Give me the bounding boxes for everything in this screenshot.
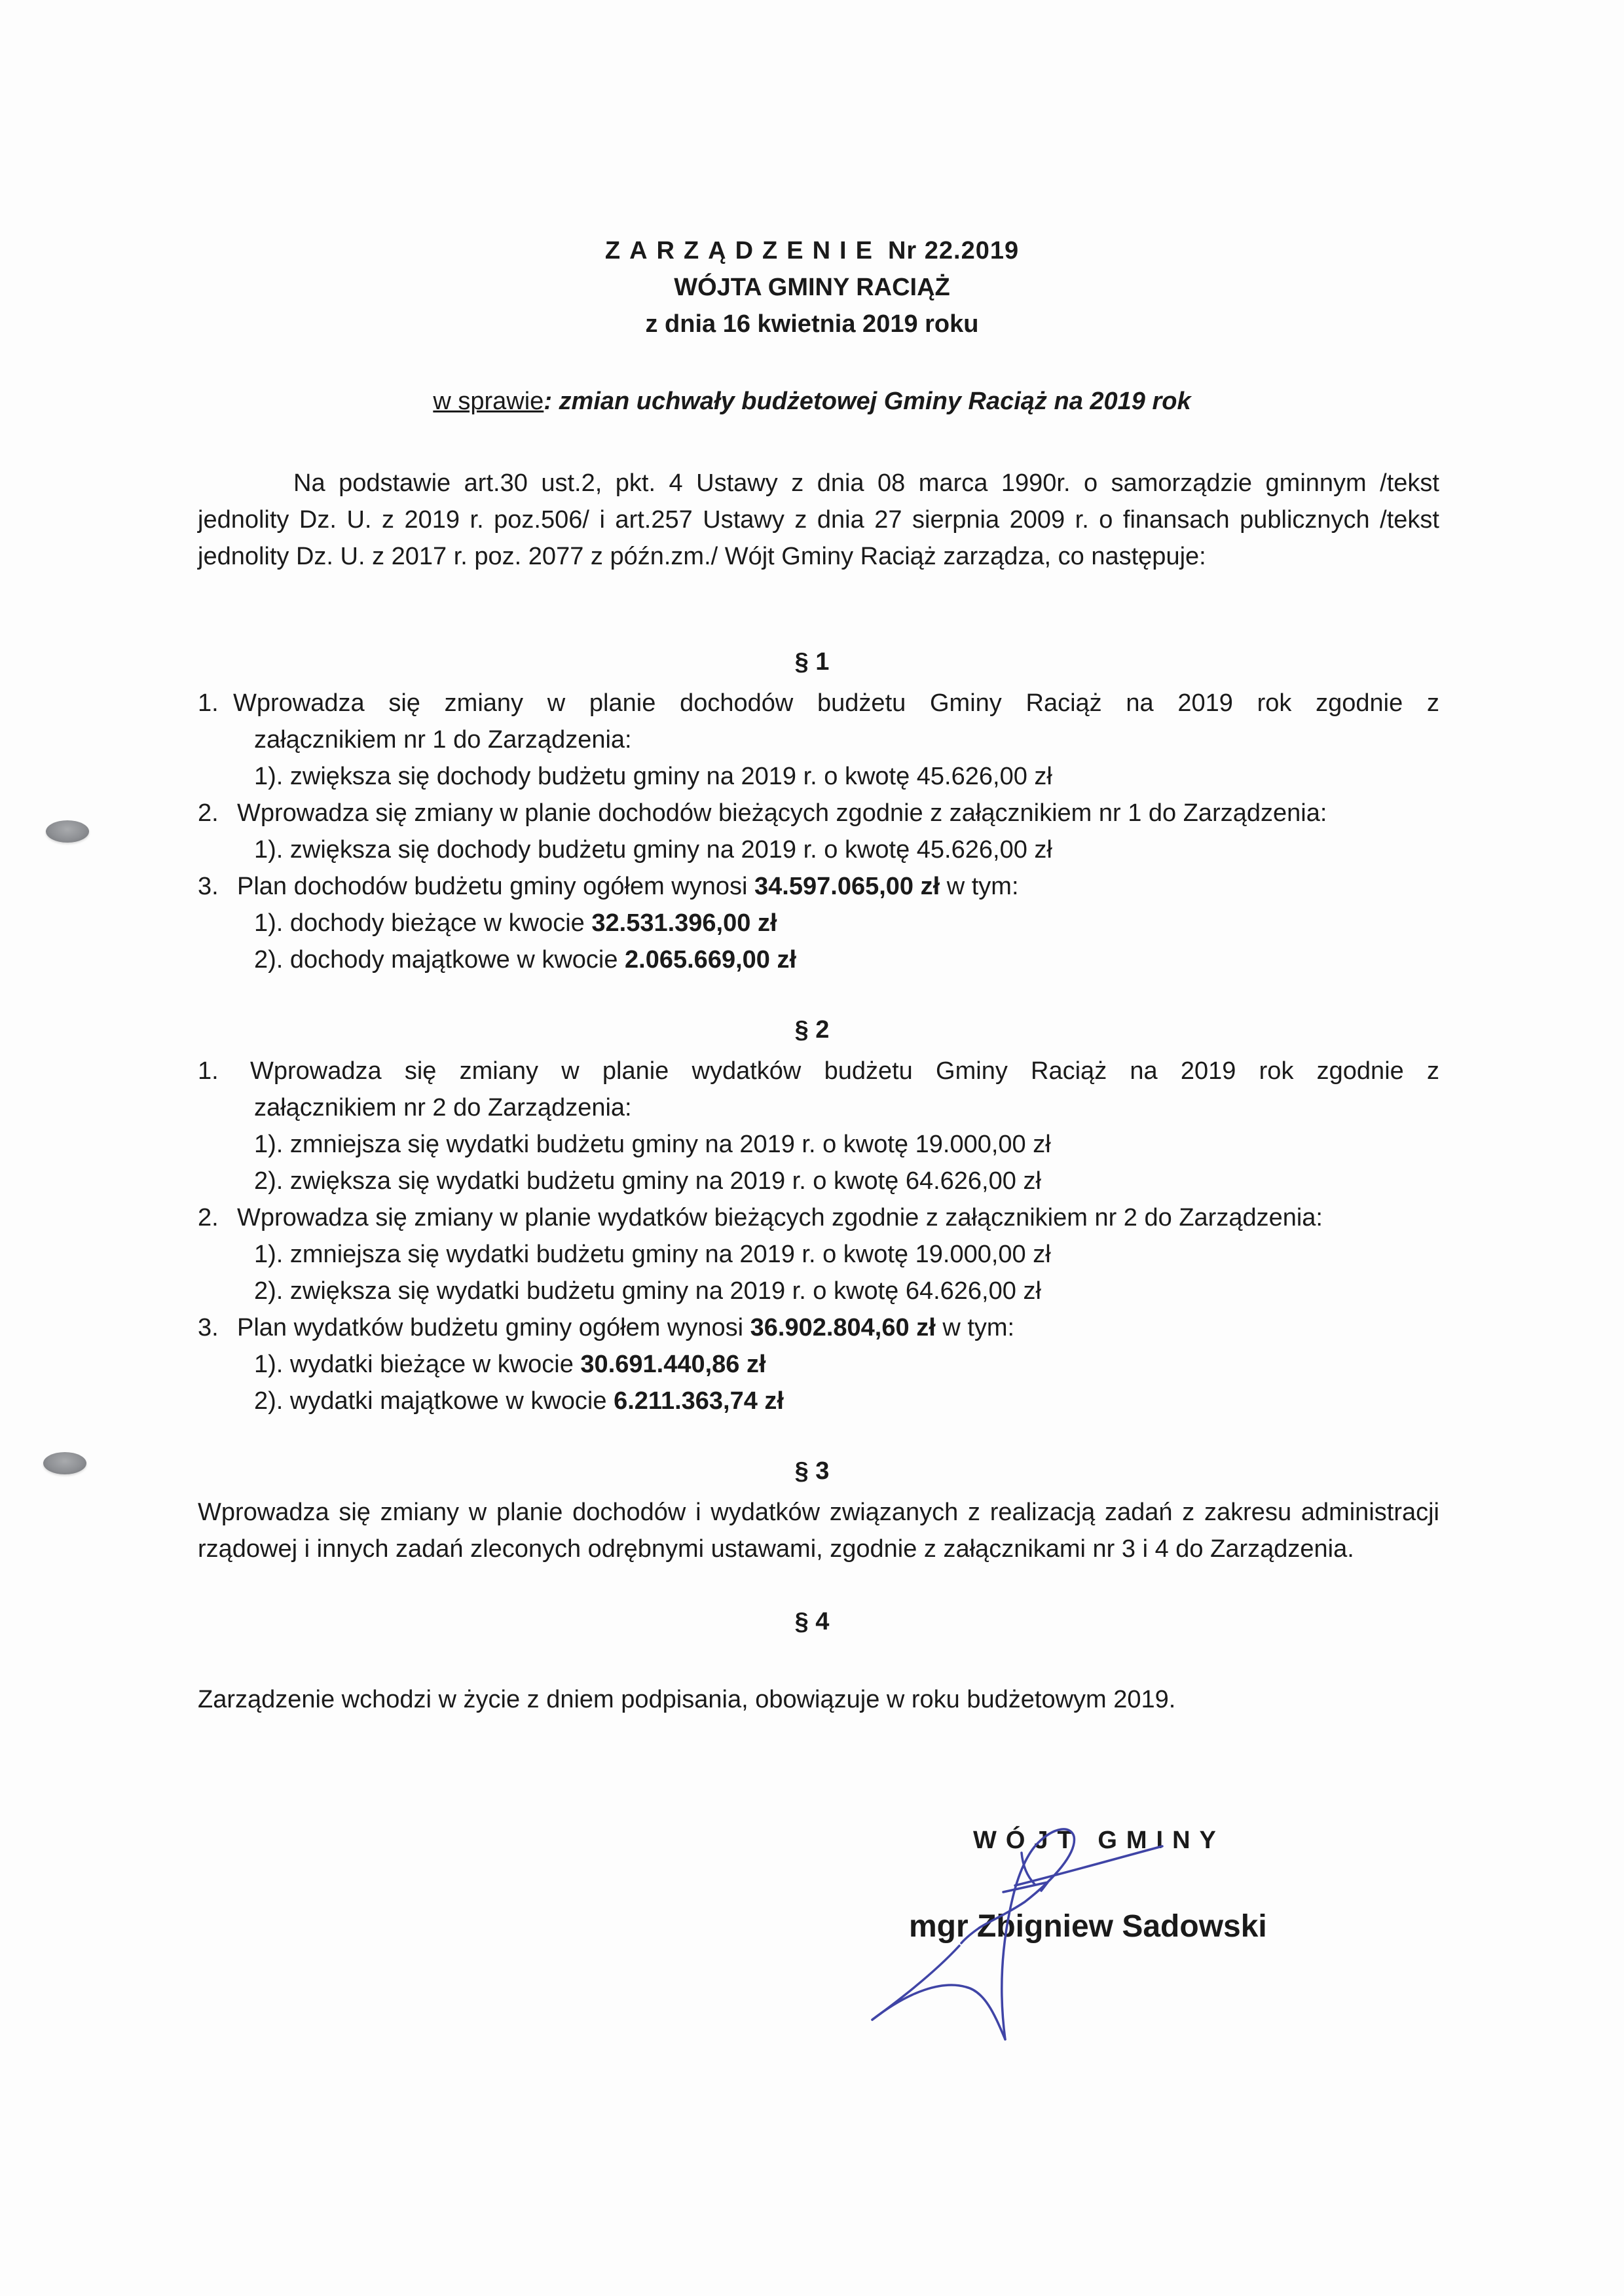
section-2-item-1-continuation: załącznikiem nr 2 do Zarządzenia: <box>254 1089 632 1126</box>
total-income-amount: 34.597.065,00 zł <box>754 873 940 900</box>
preamble: Na podstawie art.30 ust.2, pkt. 4 Ustawy… <box>198 465 1439 575</box>
handwritten-signature-icon <box>851 1781 1342 2056</box>
subject-lead: w sprawie <box>433 388 544 415</box>
section-2-item-2: 2.Wprowadza się zmiany w planie wydatków… <box>198 1199 1439 1236</box>
section-2-item-3-sub-1: 1). wydatki bieżące w kwocie 30.691.440,… <box>254 1346 766 1383</box>
punch-hole <box>46 820 89 843</box>
section-mark-2: § 2 <box>0 1016 1624 1044</box>
section-1-item-1-sub-1: 1). zwiększa się dochody budżetu gminy n… <box>254 758 1052 795</box>
section-1-item-3-sub-2: 2). dochody majątkowe w kwocie 2.065.669… <box>254 941 796 978</box>
section-mark-4: § 4 <box>0 1608 1624 1636</box>
section-2-item-2-sub-2: 2). zwiększa się wydatki budżetu gminy n… <box>254 1273 1041 1309</box>
current-income-amount: 32.531.396,00 zł <box>591 909 777 937</box>
section-2-item-3-sub-2: 2). wydatki majątkowe w kwocie 6.211.363… <box>254 1383 784 1419</box>
section-1-item-2: 2.Wprowadza się zmiany w planie dochodów… <box>198 795 1439 831</box>
section-2-item-1-sub-2: 2). zwiększa się wydatki budżetu gminy n… <box>254 1163 1041 1199</box>
document-subject: w sprawie: zmian uchwały budżetowej Gmin… <box>0 388 1624 416</box>
section-1-item-1: 1.Wprowadza się zmiany w planie dochodów… <box>198 685 1439 721</box>
title-word: ZARZĄDZENIE <box>605 237 881 264</box>
section-2-item-1-sub-1: 1). zmniejsza się wydatki budżetu gminy … <box>254 1126 1051 1163</box>
section-mark-3: § 3 <box>0 1457 1624 1485</box>
subject-topic: zmian uchwały budżetowej Gminy Raciąż na… <box>552 388 1191 415</box>
subject-colon: : <box>544 388 552 415</box>
current-expense-amount: 30.691.440,86 zł <box>580 1351 766 1378</box>
section-1-item-2-sub-1: 1). zwiększa się dochody budżetu gminy n… <box>254 831 1052 868</box>
section-4-body: Zarządzenie wchodzi w życie z dniem podp… <box>198 1681 1439 1718</box>
property-expense-amount: 6.211.363,74 zł <box>614 1387 784 1415</box>
section-2-item-2-sub-1: 1). zmniejsza się wydatki budżetu gminy … <box>254 1236 1051 1273</box>
document-issuer: WÓJTA GMINY RACIĄŻ <box>0 274 1624 302</box>
document-number: Nr 22.2019 <box>888 237 1019 264</box>
document-page: ZARZĄDZENIENr 22.2019 WÓJTA GMINY RACIĄŻ… <box>0 0 1624 2296</box>
document-title: ZARZĄDZENIENr 22.2019 <box>0 237 1624 265</box>
section-3-body: Wprowadza się zmiany w planie dochodów i… <box>198 1494 1439 1567</box>
document-date: z dnia 16 kwietnia 2019 roku <box>0 310 1624 338</box>
section-2-item-3: 3.Plan wydatków budżetu gminy ogółem wyn… <box>198 1309 1439 1346</box>
section-1-item-1-continuation: załącznikiem nr 1 do Zarządzenia: <box>254 721 632 758</box>
property-income-amount: 2.065.669,00 zł <box>625 946 796 974</box>
section-1-item-3-sub-1: 1). dochody bieżące w kwocie 32.531.396,… <box>254 905 777 941</box>
section-2-item-1: 1.Wprowadza się zmiany w planie wydatków… <box>198 1053 1439 1089</box>
section-1-item-3: 3.Plan dochodów budżetu gminy ogółem wyn… <box>198 868 1439 905</box>
total-expense-amount: 36.902.804,60 zł <box>750 1314 936 1341</box>
section-mark-1: § 1 <box>0 648 1624 676</box>
